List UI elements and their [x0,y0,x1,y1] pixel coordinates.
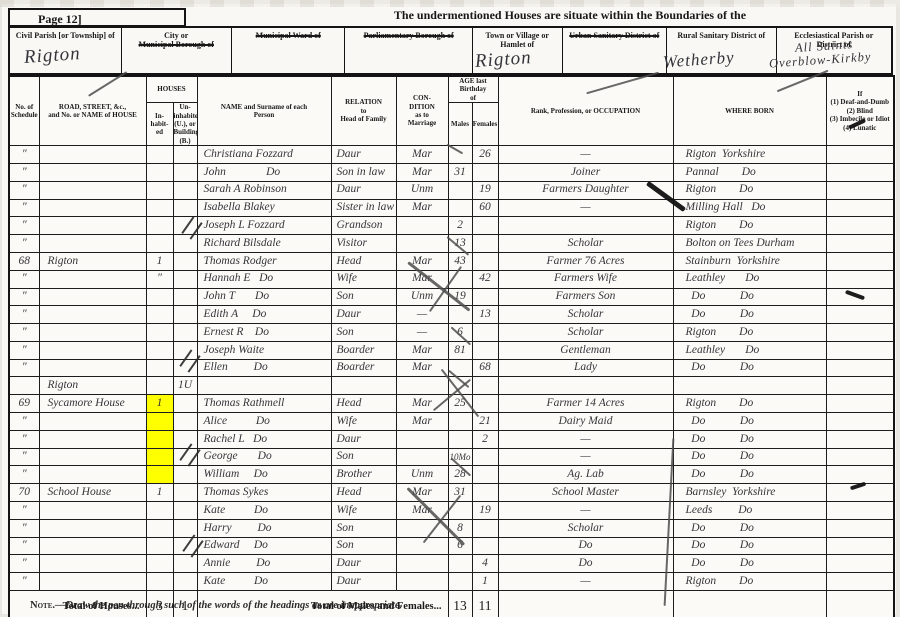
cell-where-born: Do Do [673,448,826,466]
cell-occupation: Farmer 14 Acres [498,395,673,413]
municipal-ward-label: Municipal Ward of [232,31,344,40]
cell-infirmity [826,163,894,181]
cell-uninhabited [173,306,197,324]
cell-name: John Do [197,163,331,181]
cell-relation: Son in law [331,163,396,181]
cell-infirmity [826,430,894,448]
cell-schedule: ″ [9,430,39,448]
cell-road [39,217,146,235]
cell-age-female: 13 [472,306,498,324]
cell-age-female [472,519,498,537]
table-row: 69 Sycamore House 1 Thomas Rathmell Head… [9,395,894,413]
parliamentary-borough-box: Parliamentary Borough of [345,28,472,73]
cell-where-born: Milling Hall Do [673,199,826,217]
col-relation: RELATION to Head of Family [331,76,396,146]
cell-condition [396,555,448,573]
cell-schedule: ″ [9,199,39,217]
cell-age-male: 2 [448,217,472,235]
cell-relation: Daur [331,555,396,573]
cell-age-male [448,181,472,199]
cell-relation: Daur [331,181,396,199]
cell-road: Sycamore House [39,395,146,413]
cell-inhabited [146,413,173,431]
table-row: ″ Alice Do Wife Mar 21 Dairy Maid Do Do [9,413,894,431]
cell-occupation: School Master [498,484,673,502]
cell-name: Annie Do [197,555,331,573]
cell-schedule: ″ [9,163,39,181]
cell-uninhabited [173,484,197,502]
cell-uninhabited [173,199,197,217]
cell-where-born [673,377,826,395]
cell-where-born: Do Do [673,306,826,324]
cell-where-born: Rigton Do [673,324,826,342]
cell-age-male: 13 [448,235,472,253]
cell-condition: Unm [396,466,448,484]
cell-inhabited [146,146,173,164]
city-borough-label-1: City or [122,31,232,40]
cell-schedule: 69 [9,395,39,413]
cell-uninhabited [173,573,197,591]
civil-parish-value: Rigton [23,43,81,69]
cell-relation: Son [331,288,396,306]
rural-sanitary-value: Wetherby [662,48,735,73]
cell-condition [396,235,448,253]
cell-occupation: — [498,199,673,217]
cell-infirmity [826,537,894,555]
cell-age-female [472,341,498,359]
cell-infirmity [826,359,894,377]
cell-where-born: Do Do [673,537,826,555]
cell-relation: Daur [331,573,396,591]
cell-where-born: Rigton Do [673,573,826,591]
cell-inhabited [146,502,173,520]
cell-uninhabited [173,555,197,573]
cell-age-female [472,448,498,466]
urban-sanitary-label: Urban Sanitary District of [563,31,667,40]
cell-name: Thomas Rodger [197,252,331,270]
cell-schedule: ″ [9,306,39,324]
cell-where-born: Leeds Do [673,502,826,520]
cell-relation: Head [331,252,396,270]
cell-where-born: Do Do [673,288,826,306]
cell-infirmity [826,377,894,395]
cell-uninhabited [173,324,197,342]
cell-inhabited [146,235,173,253]
city-borough-box: City or Municipal Borough of [122,28,233,73]
cell-occupation: — [498,448,673,466]
cell-relation [331,377,396,395]
cell-where-born: Do Do [673,359,826,377]
cell-relation: Son [331,537,396,555]
cell-name: Richard Bilsdale [197,235,331,253]
cell-infirmity [826,395,894,413]
cell-uninhabited: 1U [173,377,197,395]
district-header-row: Civil Parish [or Township] of Rigton Cit… [8,26,893,75]
cell-road: Rigton [39,252,146,270]
cell-age-female [472,537,498,555]
cell-infirmity [826,199,894,217]
civil-parish-box: Civil Parish [or Township] of Rigton [10,28,122,73]
scan-edge-noise [0,0,900,7]
footer-note: Note.—Draw the pen through such of the w… [30,600,402,611]
cell-relation: Sister in law [331,199,396,217]
cell-condition: Mar [396,163,448,181]
cell-road [39,502,146,520]
cell-schedule: ″ [9,519,39,537]
cell-age-female [472,377,498,395]
cell-where-born: Bolton on Tees Durham [673,235,826,253]
cell-infirmity [826,270,894,288]
cell-name: Thomas Sykes [197,484,331,502]
cell-where-born: Do Do [673,519,826,537]
cell-name: Joseph Waite [197,341,331,359]
ecclesiastical-value-2: Overblow-Kirkby [768,50,871,70]
cell-infirmity [826,324,894,342]
cell-uninhabited [173,288,197,306]
cell-where-born: Do Do [673,555,826,573]
cell-occupation: Farmers Son [498,288,673,306]
cell-uninhabited [173,146,197,164]
cell-road: Rigton [39,377,146,395]
table-row: ″ Richard Bilsdale Visitor 13 Scholar Bo… [9,235,894,253]
cell-relation: Brother [331,466,396,484]
cell-condition [396,448,448,466]
city-borough-label-2: Municipal Borough of [122,40,232,49]
table-row: ″ Joseph Waite Boarder Mar 81 Gentleman … [9,341,894,359]
cell-road [39,288,146,306]
cell-infirmity [826,448,894,466]
cell-inhabited [146,306,173,324]
cell-schedule: ″ [9,324,39,342]
cell-occupation [498,377,673,395]
footer-note-text: —Draw the pen through such of the words … [55,600,402,611]
cell-infirmity [826,252,894,270]
cell-inhabited [146,341,173,359]
cell-road [39,199,146,217]
cell-relation: Daur [331,306,396,324]
municipal-ward-box: Municipal Ward of [232,28,345,73]
cell-relation: Boarder [331,359,396,377]
cell-inhabited [146,217,173,235]
cell-condition: — [396,324,448,342]
cell-infirmity [826,573,894,591]
col-name: NAME and Surname of each Person [197,76,331,146]
cell-name: Edith A Do [197,306,331,324]
cell-infirmity [826,341,894,359]
cell-uninhabited [173,270,197,288]
cell-uninhabited [173,181,197,199]
cell-name: Isabella Blakey [197,199,331,217]
cell-road [39,573,146,591]
cell-where-born: Leathley Do [673,270,826,288]
table-row: ″ Ellen Do Boarder Mar 68 Lady Do Do [9,359,894,377]
col-infirmity: If (1) Deaf-and-Dumb (2) Blind (3) Imbec… [826,76,894,146]
civil-parish-label: Civil Parish [or Township] of [10,31,121,40]
urban-sanitary-box: Urban Sanitary District of [563,28,668,73]
cell-road [39,555,146,573]
cell-name: Harry Do [197,519,331,537]
cell-infirmity [826,306,894,324]
cell-condition: Mar [396,146,448,164]
census-table-header: No. of Schedule ROAD, STREET, &c., and N… [9,76,894,146]
table-row: ″ Rachel L Do Daur 2 — Do Do [9,430,894,448]
cell-relation: Head [331,395,396,413]
town-village-value: Rigton [474,47,532,73]
table-row: 70 School House 1 Thomas Sykes Head Mar … [9,484,894,502]
cell-road [39,466,146,484]
col-road: ROAD, STREET, &c., and No. or NAME of HO… [39,76,146,146]
cell-infirmity [826,181,894,199]
cell-occupation: Lady [498,359,673,377]
cell-inhabited [146,448,173,466]
cell-where-born: Leathley Do [673,341,826,359]
footer-note-prefix: Note. [30,600,55,611]
cell-road [39,146,146,164]
cell-schedule: ″ [9,555,39,573]
cell-road [39,359,146,377]
cell-name: Thomas Rathmell [197,395,331,413]
cell-occupation: Do [498,537,673,555]
cell-age-female [472,217,498,235]
cell-road: School House [39,484,146,502]
cell-age-male [448,199,472,217]
cell-age-male [448,430,472,448]
cell-relation: Son [331,324,396,342]
cell-relation: Wife [331,270,396,288]
cell-road [39,270,146,288]
cell-name [197,377,331,395]
cell-where-born: Stainburn Yorkshire [673,252,826,270]
town-village-box: Town or Village or Hamlet of Rigton [473,28,563,73]
total-females: 11 [472,591,498,617]
cell-inhabited [146,359,173,377]
cell-occupation: — [498,573,673,591]
cell-inhabited [146,199,173,217]
totals-occupation-cell [498,591,673,617]
table-row: ″ Christiana Fozzard Daur Mar 26 — Rigto… [9,146,894,164]
cell-schedule: ″ [9,270,39,288]
cell-schedule: ″ [9,181,39,199]
cell-uninhabited [173,235,197,253]
cell-condition: Mar [396,341,448,359]
cell-occupation: Scholar [498,324,673,342]
cell-age-female [472,395,498,413]
table-row: ″ Isabella Blakey Sister in law Mar 60 —… [9,199,894,217]
cell-inhabited [146,163,173,181]
cell-schedule: 68 [9,252,39,270]
cell-age-female: 68 [472,359,498,377]
cell-infirmity [826,555,894,573]
cell-occupation: — [498,146,673,164]
cell-name: Rachel L Do [197,430,331,448]
cell-age-female: 60 [472,199,498,217]
cell-name: Alice Do [197,413,331,431]
cell-relation: Boarder [331,341,396,359]
cell-occupation [498,217,673,235]
cell-condition [396,573,448,591]
cell-infirmity [826,519,894,537]
table-row: ″ William Do Brother Unm 28 Ag. Lab Do D… [9,466,894,484]
cell-condition [396,377,448,395]
cell-condition [396,537,448,555]
cell-relation: Head [331,484,396,502]
cell-name: Christiana Fozzard [197,146,331,164]
cell-infirmity [826,413,894,431]
cell-inhabited [146,519,173,537]
cell-inhabited [146,573,173,591]
cell-name: Joseph L Fozzard [197,217,331,235]
cell-age-female [472,163,498,181]
cell-occupation: Farmers Wife [498,270,673,288]
cell-schedule: ″ [9,573,39,591]
cell-schedule: ″ [9,448,39,466]
cell-inhabited [146,466,173,484]
cell-relation: Daur [331,146,396,164]
col-occupation: Rank, Profession, or OCCUPATION [498,76,673,146]
cell-inhabited [146,377,173,395]
cell-inhabited: 1 [146,252,173,270]
cell-relation: Wife [331,413,396,431]
cell-inhabited [146,537,173,555]
col-males: Males [448,103,472,146]
table-row: 68 Rigton 1 Thomas Rodger Head Mar 43 Fa… [9,252,894,270]
census-table-body: ″ Christiana Fozzard Daur Mar 26 — Rigto… [9,146,894,591]
cell-age-female: 42 [472,270,498,288]
rural-sanitary-box: Rural Sanitary District of Wetherby [667,28,777,73]
cell-where-born: Do Do [673,466,826,484]
cell-age-female [472,252,498,270]
cell-road [39,163,146,181]
table-row: ″ Edith A Do Daur — 13 Scholar Do Do [9,306,894,324]
cell-relation: Son [331,519,396,537]
cell-inhabited [146,288,173,306]
cell-condition: Mar [396,484,448,502]
table-row: ″ Sarah A Robinson Daur Unm 19 Farmers D… [9,181,894,199]
page-number-box: Page 12] [8,8,186,27]
cell-road [39,235,146,253]
cell-uninhabited [173,163,197,181]
col-uninhabited: Un- inhabited (U.), or Building (B.) [173,103,197,146]
cell-schedule: ″ [9,288,39,306]
cell-condition [396,217,448,235]
cell-road [39,324,146,342]
col-where-born: WHERE BORN [673,76,826,146]
census-table: No. of Schedule ROAD, STREET, &c., and N… [8,75,895,617]
cell-age-female: 2 [472,430,498,448]
cell-condition [396,430,448,448]
cell-uninhabited [173,395,197,413]
census-page-scan: Page 12] The undermentioned Houses are s… [0,0,900,617]
cell-uninhabited [173,466,197,484]
cell-age-male: 31 [448,163,472,181]
parliamentary-borough-label: Parliamentary Borough of [345,31,471,40]
cell-occupation: Dairy Maid [498,413,673,431]
cell-where-born: Rigton Do [673,217,826,235]
cell-occupation: — [498,430,673,448]
cell-age-male [448,555,472,573]
cell-age-female: 1 [472,573,498,591]
cell-condition: Unm [396,181,448,199]
page-number-label: Page 12] [38,12,82,26]
cell-age-female [472,235,498,253]
cell-road [39,413,146,431]
cell-infirmity [826,146,894,164]
cell-age-female [472,484,498,502]
cell-age-female: 26 [472,146,498,164]
cell-occupation: Do [498,555,673,573]
table-row: ″ Kate Do Daur 1 — Rigton Do [9,573,894,591]
col-age: AGE last Birthday of [448,76,498,103]
col-females: Females [472,103,498,146]
cell-occupation: Joiner [498,163,673,181]
cell-age-female: 19 [472,181,498,199]
cell-age-female: 19 [472,502,498,520]
cell-inhabited [146,324,173,342]
cell-where-born: Rigton Yorkshire [673,146,826,164]
cell-where-born: Do Do [673,413,826,431]
cell-occupation: Farmer 76 Acres [498,252,673,270]
cell-condition: Mar [396,413,448,431]
cell-infirmity [826,235,894,253]
cell-road [39,519,146,537]
cell-name: Kate Do [197,502,331,520]
cell-schedule: ″ [9,359,39,377]
cell-where-born: Rigton Do [673,181,826,199]
cell-infirmity [826,217,894,235]
cell-age-female: 4 [472,555,498,573]
cell-relation: Wife [331,502,396,520]
cell-where-born: Rigton Do [673,395,826,413]
cell-name: Edward Do [197,537,331,555]
totals-infirmity-cell [826,591,894,617]
cell-relation: Daur [331,430,396,448]
cell-schedule: ″ [9,217,39,235]
cell-occupation: Scholar [498,235,673,253]
cell-relation: Grandson [331,217,396,235]
cell-occupation: Scholar [498,519,673,537]
cell-age-female [472,324,498,342]
cell-schedule: ″ [9,537,39,555]
cell-name: Hannah E Do [197,270,331,288]
cell-condition: Mar [396,359,448,377]
cell-age-female [472,288,498,306]
cell-schedule: ″ [9,502,39,520]
col-schedule: No. of Schedule [9,76,39,146]
cell-condition: — [396,306,448,324]
cell-inhabited [146,430,173,448]
cell-relation: Visitor [331,235,396,253]
cell-schedule: 70 [9,484,39,502]
table-row: ″ Joseph L Fozzard Grandson 2 Rigton Do [9,217,894,235]
cell-road [39,341,146,359]
cell-name: Ellen Do [197,359,331,377]
cell-name: Sarah A Robinson [197,181,331,199]
cell-inhabited: 1 [146,484,173,502]
cell-schedule: ″ [9,341,39,359]
cell-where-born: Pannal Do [673,163,826,181]
cell-schedule: ″ [9,413,39,431]
rural-sanitary-label: Rural Sanitary District of [667,31,776,40]
cell-name: Kate Do [197,573,331,591]
cell-road [39,448,146,466]
cell-occupation: Scholar [498,306,673,324]
cell-road [39,430,146,448]
cell-road [39,537,146,555]
cell-inhabited: 1 [146,395,173,413]
cell-schedule: ″ [9,466,39,484]
cell-occupation: — [498,502,673,520]
col-condition: CON- DITION as to Marriage [396,76,448,146]
